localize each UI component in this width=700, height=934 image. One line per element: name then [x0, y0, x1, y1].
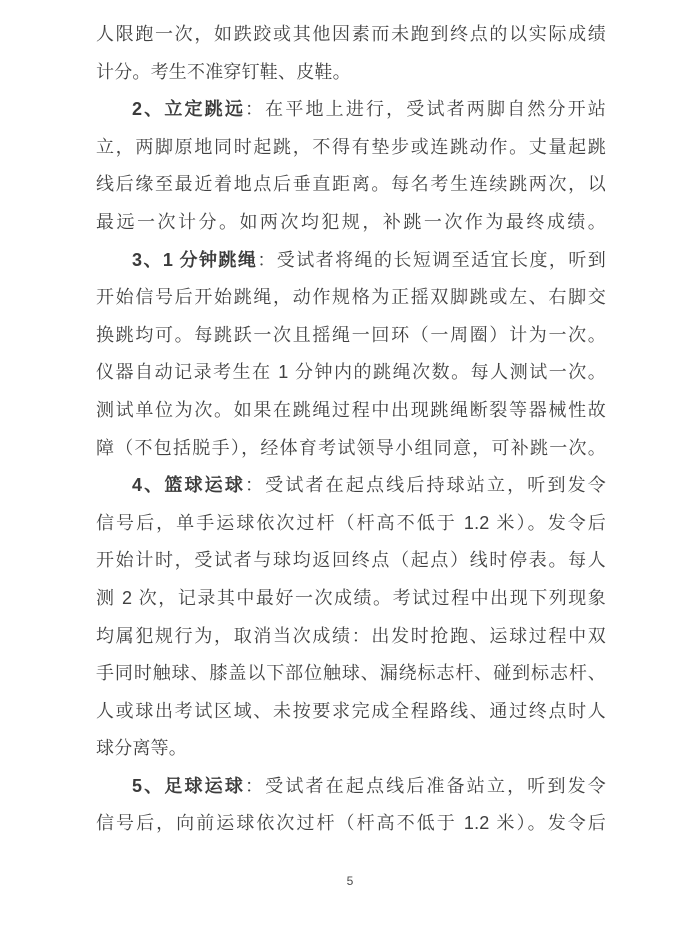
page-number: 5: [0, 874, 700, 888]
line-text-segment: ：受试者在起点线后准备站立，听到发令: [245, 776, 606, 796]
section-heading: 4、篮球运球: [132, 475, 245, 495]
text-line: 开始计时，受试者与球均返回终点（起点）线时停表。每人: [96, 542, 606, 580]
line-text-segment: 开始计时，受试者与球均返回终点（起点）线时停表。每人: [96, 550, 606, 570]
line-text-segment: 测试单位为次。如果在跳绳过程中出现跳绳断裂等器械性故: [96, 400, 606, 420]
text-line: 开始信号后开始跳绳，动作规格为正摇双脚跳或左、右脚交: [96, 279, 606, 317]
line-text-segment: 立，两脚原地同时起跳，不得有垫步或连跳动作。丈量起跳: [96, 137, 606, 157]
text-line: 线后缘至最近着地点后垂直距离。每名考生连续跳两次，以: [96, 166, 606, 204]
text-line: 测 2 次，记录其中最好一次成绩。考试过程中出现下列现象: [96, 580, 606, 618]
section-heading: 2、立定跳远: [132, 99, 245, 119]
line-text-segment: 人限跑一次，如跌跤或其他因素而未跑到终点的以实际成绩: [96, 24, 606, 44]
line-text-segment: 信号后，单手运球依次过杆（杆高不低于 1.2 米）。发令后: [96, 513, 606, 533]
line-text-segment: 计分。考生不准穿钉鞋、皮鞋。: [96, 62, 351, 82]
text-line: 4、篮球运球：受试者在起点线后持球站立，听到发令: [96, 467, 606, 505]
line-text-segment: 均属犯规行为，取消当次成绩：出发时抢跑、运球过程中双: [96, 626, 606, 646]
text-line: 仪器自动记录考生在 1 分钟内的跳绳次数。每人测试一次。: [96, 354, 606, 392]
text-line: 2、立定跳远：在平地上进行，受试者两脚自然分开站: [96, 91, 606, 129]
text-line: 计分。考生不准穿钉鞋、皮鞋。: [96, 54, 606, 92]
line-text-segment: ：受试者在起点线后持球站立，听到发令: [245, 475, 606, 495]
line-text-segment: 信号后，向前运球依次过杆（杆高不低于 1.2 米）。发令后: [96, 813, 606, 833]
text-line: 人限跑一次，如跌跤或其他因素而未跑到终点的以实际成绩: [96, 16, 606, 54]
section-heading: 3、1 分钟跳绳: [132, 250, 257, 270]
text-line: 均属犯规行为，取消当次成绩：出发时抢跑、运球过程中双: [96, 618, 606, 656]
text-line: 立，两脚原地同时起跳，不得有垫步或连跳动作。丈量起跳: [96, 129, 606, 167]
line-text-segment: 障（不包括脱手），经体育考试领导小组同意，可补跳一次。: [96, 438, 606, 458]
text-line: 3、1 分钟跳绳：受试者将绳的长短调至适宜长度，听到: [96, 242, 606, 280]
line-text-segment: 最远一次计分。如两次均犯规，补跳一次作为最终成绩。: [96, 212, 606, 232]
line-text-segment: 换跳均可。每跳跃一次且摇绳一回环（一周圈）计为一次。: [96, 325, 606, 345]
text-line: 5、足球运球：受试者在起点线后准备站立，听到发令: [96, 768, 606, 806]
line-text-segment: 手同时触球、膝盖以下部位触球、漏绕标志杆、碰到标志杆、: [96, 663, 606, 683]
line-text-segment: 线后缘至最近着地点后垂直距离。每名考生连续跳两次，以: [96, 174, 606, 194]
document-page: 人限跑一次，如跌跤或其他因素而未跑到终点的以实际成绩 计分。考生不准穿钉鞋、皮鞋…: [0, 0, 700, 934]
line-text-segment: ：受试者将绳的长短调至适宜长度，听到: [257, 250, 606, 270]
line-text-segment: 测 2 次，记录其中最好一次成绩。考试过程中出现下列现象: [96, 588, 606, 608]
text-line: 最远一次计分。如两次均犯规，补跳一次作为最终成绩。: [96, 204, 606, 242]
line-text-segment: ：在平地上进行，受试者两脚自然分开站: [245, 99, 606, 119]
section-heading: 5、足球运球: [132, 776, 245, 796]
text-line: 人或球出考试区域、未按要求完成全程路线、通过终点时人: [96, 693, 606, 731]
text-line: 球分离等。: [96, 730, 606, 768]
line-text-segment: 人或球出考试区域、未按要求完成全程路线、通过终点时人: [96, 701, 606, 721]
text-line: 信号后，单手运球依次过杆（杆高不低于 1.2 米）。发令后: [96, 505, 606, 543]
text-line: 测试单位为次。如果在跳绳过程中出现跳绳断裂等器械性故: [96, 392, 606, 430]
line-text-segment: 球分离等。: [96, 738, 187, 758]
text-line: 手同时触球、膝盖以下部位触球、漏绕标志杆、碰到标志杆、: [96, 655, 606, 693]
text-line: 换跳均可。每跳跃一次且摇绳一回环（一周圈）计为一次。: [96, 317, 606, 355]
line-text-segment: 开始信号后开始跳绳，动作规格为正摇双脚跳或左、右脚交: [96, 287, 606, 307]
line-text-segment: 仪器自动记录考生在 1 分钟内的跳绳次数。每人测试一次。: [96, 362, 606, 382]
text-line: 障（不包括脱手），经体育考试领导小组同意，可补跳一次。: [96, 430, 606, 468]
text-line: 信号后，向前运球依次过杆（杆高不低于 1.2 米）。发令后: [96, 805, 606, 843]
document-body-text: 人限跑一次，如跌跤或其他因素而未跑到终点的以实际成绩 计分。考生不准穿钉鞋、皮鞋…: [96, 16, 606, 843]
